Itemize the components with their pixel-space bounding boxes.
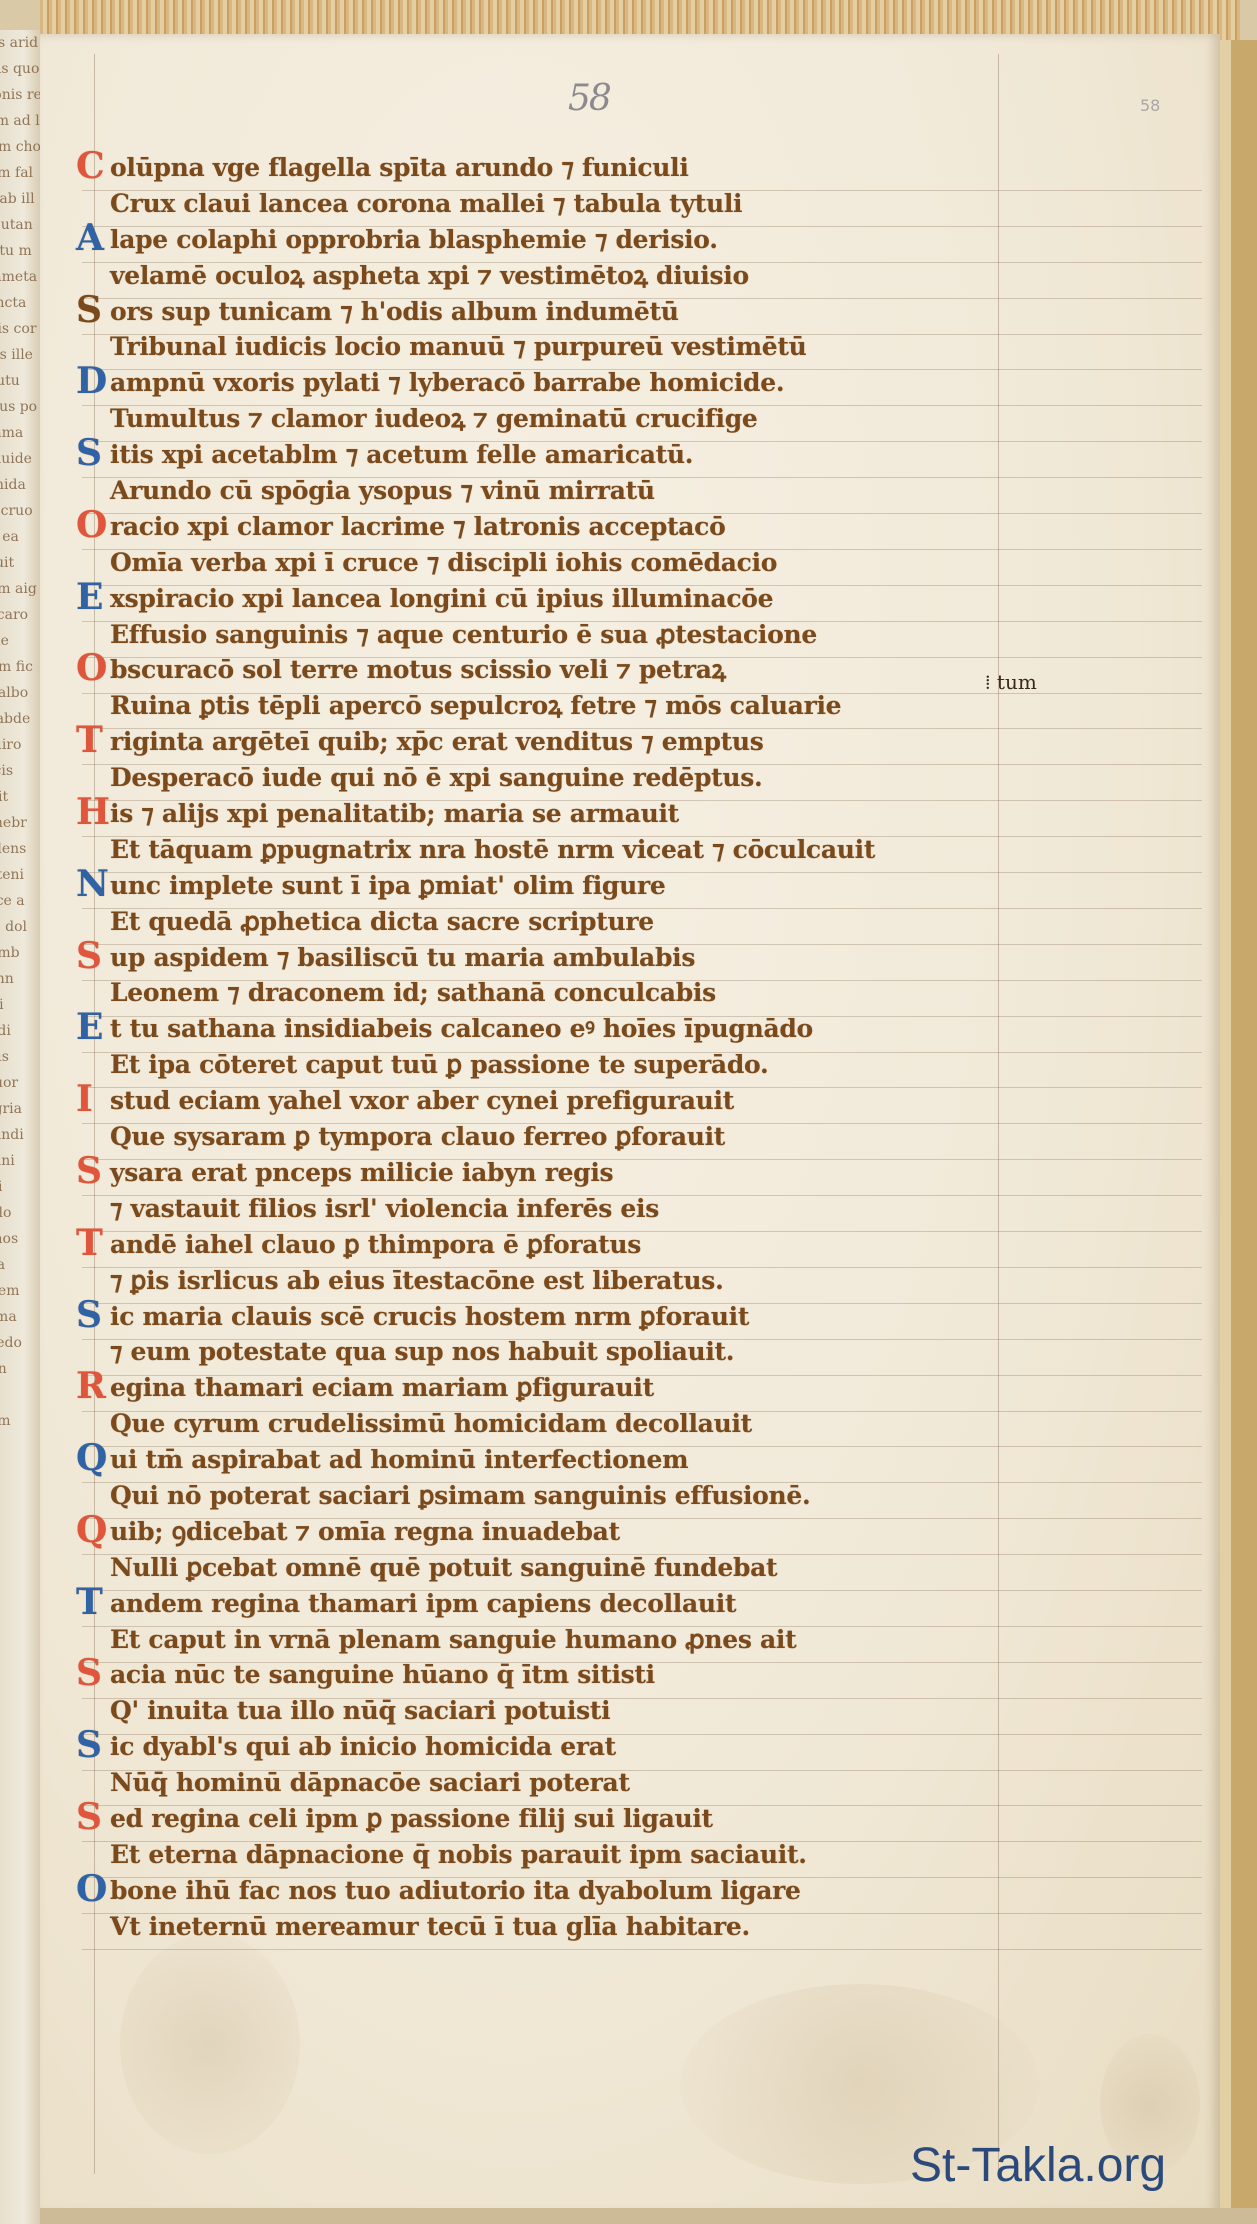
facing-page-text: ulnos bbox=[0, 1226, 40, 1252]
decorated-initial: E bbox=[76, 1009, 103, 1045]
facing-page-text: rhabde bbox=[0, 706, 40, 732]
facing-page-text: eum bbox=[0, 1408, 40, 1434]
manuscript-line: Omīa verba xpi ī cruce ⁊ discipli iohis … bbox=[110, 545, 1060, 581]
line-text: ic maria clauis scē crucis hostem nrm ꝑf… bbox=[110, 1299, 749, 1335]
line-text: andem regina thamari ipm capiens decolla… bbox=[110, 1586, 736, 1622]
manuscript-line: Et caput in vrnā plenam sanguie humano ꝓ… bbox=[110, 1622, 1060, 1658]
line-text: bscuracō sol terre motus scissio veli ⁊ … bbox=[110, 652, 726, 688]
line-text: Crux claui lancea corona mallei ⁊ tabula… bbox=[110, 186, 742, 222]
manuscript-line: Colūpna vge flagella spīta arundo ⁊ funi… bbox=[110, 150, 1060, 186]
line-text: xspiracio xpi lancea longini cū ipius il… bbox=[110, 581, 773, 617]
facing-page-text: tauor bbox=[0, 1070, 40, 1096]
line-text: Et tāquam ꝑpugnatrix nra hostē nrm vicea… bbox=[110, 832, 875, 868]
facing-page-text: amma bbox=[0, 420, 40, 446]
facing-page-text: unit bbox=[0, 784, 40, 810]
line-text: acia nūc te sanguine hūano q̄ ītm sitist… bbox=[110, 1657, 655, 1693]
facing-page-text: dui bbox=[0, 1174, 40, 1200]
decorated-initial: I bbox=[76, 1081, 93, 1117]
manuscript-line: Leonem ⁊ draconem id; sathanā conculcabi… bbox=[110, 975, 1060, 1011]
line-text: Arundo cū spōgia ysopus ⁊ vinū mirratū bbox=[110, 473, 655, 509]
manuscript-line: Desperacō iude qui nō ē xpi sanguine red… bbox=[110, 760, 1060, 796]
facing-page-text: lucis bbox=[0, 758, 40, 784]
facing-page-text: min bbox=[0, 1356, 40, 1382]
manuscript-line: Quib; ꝯdicebat ⁊ omīa regna inuadebat bbox=[110, 1514, 1060, 1550]
facing-page-text: sputu bbox=[0, 368, 40, 394]
manuscript-line: Nunc implete sunt ī ipa ꝑmiat' olim figu… bbox=[110, 868, 1060, 904]
line-text: Q' inuita tua illo nūq̄ saciari potuisti bbox=[110, 1693, 610, 1729]
ruling-line bbox=[82, 1949, 1202, 1950]
line-text: egina thamari eciam mariam ꝑfigurauit bbox=[110, 1370, 654, 1406]
decorated-initial: Q bbox=[76, 1512, 107, 1548]
marginal-note: ⁞ tum bbox=[985, 670, 1037, 695]
manuscript-line: Sed regina celi ipm ꝑ passione filij sui… bbox=[110, 1801, 1060, 1837]
manuscript-line: Tandē iahel clauo ꝑ thimpora ē ꝑforatus bbox=[110, 1227, 1060, 1263]
book-bottom-edge bbox=[40, 2208, 1257, 2224]
manuscript-line: Crux claui lancea corona mallei ⁊ tabula… bbox=[110, 186, 1060, 222]
decorated-initial: C bbox=[76, 148, 104, 184]
facing-page-edge: bus arid nos ucis quod monis re rum ad l… bbox=[0, 30, 40, 2224]
facing-page-text: rum ad lo bbox=[0, 108, 40, 134]
manuscript-line: Tumultus ⁊ clamor iudeoꝝ ⁊ geminatū cruc… bbox=[110, 401, 1060, 437]
line-text: Nūq̄ hominū dāpnacōe saciari poterat bbox=[110, 1765, 630, 1801]
facing-page-text: bilem bbox=[0, 1278, 40, 1304]
manuscript-line: Nulli ꝑcebat omnē quē potuit sanguinē fu… bbox=[110, 1550, 1060, 1586]
manuscript-line: Sysara erat pnceps milicie iabyn regis bbox=[110, 1155, 1060, 1191]
manuscript-line: Sors sup tunicam ⁊ h'odis album indumētū bbox=[110, 294, 1060, 330]
facing-page-text: rita bbox=[0, 1252, 40, 1278]
line-text: ⁊ vastauit filios isrl' violencia inferē… bbox=[110, 1191, 659, 1227]
line-text: ⁊ ꝑis isrlicus ab eius ītestacōne est li… bbox=[110, 1263, 723, 1299]
decorated-initial: S bbox=[76, 1799, 102, 1835]
facing-page-text: bus arid nos bbox=[0, 30, 40, 56]
manuscript-line: Sup aspidem ⁊ basiliscū tu maria ambulab… bbox=[110, 940, 1060, 976]
line-text: Nulli ꝑcebat omnē quē potuit sanguinē fu… bbox=[110, 1550, 777, 1586]
manuscript-line: Et tu sathana insidiabeis calcaneo eꝰ ho… bbox=[110, 1011, 1060, 1047]
facing-page-text: e falbo bbox=[0, 680, 40, 706]
decorated-initial: T bbox=[76, 1225, 103, 1261]
line-text: Ruina ꝑtis tēpli apercō sepulcroꝝ fetre … bbox=[110, 688, 841, 724]
facing-page-text: num fic bbox=[0, 654, 40, 680]
line-text: lape colaphi opprobria blasphemie ⁊ deri… bbox=[110, 222, 718, 258]
line-text: stud eciam yahel vxor aber cynei prefigu… bbox=[110, 1083, 734, 1119]
decorated-initial: S bbox=[76, 1727, 102, 1763]
decorated-initial: O bbox=[76, 1871, 107, 1907]
manuscript-line: Arundo cū spōgia ysopus ⁊ vinū mirratū bbox=[110, 473, 1060, 509]
manuscript-line: Et eterna dāpnacione q̄ nobis parauit ip… bbox=[110, 1837, 1060, 1873]
manuscript-line: Qui tm̄ aspirabat ad hominū interfection… bbox=[110, 1442, 1060, 1478]
line-text: Et eterna dāpnacione q̄ nobis parauit ip… bbox=[110, 1837, 807, 1873]
manuscript-line: Nūq̄ hominū dāpnacōe saciari poterat bbox=[110, 1765, 1060, 1801]
line-text: Et caput in vrnā plenam sanguie humano ꝓ… bbox=[110, 1622, 796, 1658]
facing-page-text: eti bbox=[0, 1382, 40, 1408]
facing-page-text: olandi bbox=[0, 1122, 40, 1148]
facing-page-text: nem fal bbox=[0, 160, 40, 186]
manuscript-line: His ⁊ alijs xpi penalitatib; maria se ar… bbox=[110, 796, 1060, 832]
line-text: ui tm̄ aspirabat ad hominū interfectione… bbox=[110, 1442, 688, 1478]
manuscript-line: Alape colaphi opprobria blasphemie ⁊ der… bbox=[110, 222, 1060, 258]
facing-page-text: oris ille bbox=[0, 342, 40, 368]
line-text: Que sysaram ꝑ tympora clauo ferreo ꝑfora… bbox=[110, 1119, 725, 1155]
decorated-initial: S bbox=[76, 292, 102, 328]
manuscript-line: Exspiracio xpi lancea longini cū ipius i… bbox=[110, 581, 1060, 617]
line-text: ampnū vxoris pylati ⁊ lyberacō barrabe h… bbox=[110, 365, 784, 401]
insertion-mark: ⁞ bbox=[985, 670, 997, 694]
line-text: olūpna vge flagella spīta arundo ⁊ funic… bbox=[110, 150, 689, 186]
facing-page-text: dolens bbox=[0, 836, 40, 862]
manuscript-line: Vt ineternū mereamur tecū ī tua glīa hab… bbox=[110, 1909, 1060, 1945]
manuscript-line: Obone ihū fac nos tuo adiutorio ita dyab… bbox=[110, 1873, 1060, 1909]
facing-page-text: monis re bbox=[0, 82, 40, 108]
facing-page-text: re ab ill bbox=[0, 186, 40, 212]
manuscript-line: Tandem regina thamari ipm capiens decoll… bbox=[110, 1586, 1060, 1622]
folio-number: 58 bbox=[568, 78, 610, 119]
line-text: ⁊ eum potestate qua sup nos habuit spoli… bbox=[110, 1334, 734, 1370]
manuscript-line: Effusio sanguinis ⁊ aque centurio ē sua … bbox=[110, 617, 1060, 653]
line-text: velamē oculoꝝ aspheta xpi ⁊ vestimētoꝝ d… bbox=[110, 258, 749, 294]
facing-page-text: eum aig bbox=[0, 576, 40, 602]
line-text: Qui nō poterat saciari ꝑsimam sanguinis … bbox=[110, 1478, 810, 1514]
marginal-note-text: tum bbox=[997, 670, 1037, 694]
manuscript-line: Que cyrum crudelissimū homicidam decolla… bbox=[110, 1406, 1060, 1442]
line-text: ors sup tunicam ⁊ h'odis album indumētū bbox=[110, 294, 679, 330]
line-text: Et ipa cōteret caput tuū ꝑ passione te s… bbox=[110, 1047, 768, 1083]
line-text: Leonem ⁊ draconem id; sathanā conculcabi… bbox=[110, 975, 716, 1011]
line-text: Omīa verba xpi ī cruce ⁊ discipli iohis … bbox=[110, 545, 777, 581]
watermark: St-Takla.org bbox=[910, 2138, 1166, 2193]
parchment-stain bbox=[120, 1934, 300, 2154]
facing-page-text: eius bbox=[0, 1044, 40, 1070]
decorated-initial: Q bbox=[76, 1440, 107, 1476]
facing-page-text: inti bbox=[0, 992, 40, 1018]
manuscript-line: velamē oculoꝝ aspheta xpi ⁊ vestimētoꝝ d… bbox=[110, 258, 1060, 294]
manuscript-line: Istud eciam yahel vxor aber cynei prefig… bbox=[110, 1083, 1060, 1119]
facing-page-text: audi bbox=[0, 1018, 40, 1044]
line-text: riginta argēteī quib; xp̄c erat venditus… bbox=[110, 724, 764, 760]
line-text: bone ihū fac nos tuo adiutorio ita dyabo… bbox=[110, 1873, 801, 1909]
line-text: Tumultus ⁊ clamor iudeoꝝ ⁊ geminatū cruc… bbox=[110, 401, 758, 437]
manuscript-line: ⁊ ꝑis isrlicus ab eius ītestacōne est li… bbox=[110, 1263, 1060, 1299]
facing-page-text: rahida bbox=[0, 472, 40, 498]
line-text: Tribunal iudicis locio manuū ⁊ purpureū … bbox=[110, 329, 807, 365]
line-text: up aspidem ⁊ basiliscū tu maria ambulabi… bbox=[110, 940, 695, 976]
manuscript-line: Sitis xpi acetablm ⁊ acetum felle amaric… bbox=[110, 437, 1060, 473]
line-text: Et quedā ꝓphetica dicta sacre scripture bbox=[110, 904, 654, 940]
line-text: is ⁊ alijs xpi penalitatib; maria se arm… bbox=[110, 796, 679, 832]
decorated-initial: S bbox=[76, 1153, 102, 1189]
line-text: itis xpi acetablm ⁊ acetum felle amarica… bbox=[110, 437, 693, 473]
facing-page-text: runn bbox=[0, 966, 40, 992]
facing-page-text: dum cho bbox=[0, 134, 40, 160]
decorated-initial: O bbox=[76, 650, 107, 686]
line-text: uib; ꝯdicebat ⁊ omīa regna inuadebat bbox=[110, 1514, 620, 1550]
facing-page-text: re tu m bbox=[0, 238, 40, 264]
facing-page-text: tr caro bbox=[0, 602, 40, 628]
line-text: racio xpi clamor lacrime ⁊ latronis acce… bbox=[110, 509, 725, 545]
decorated-initial: N bbox=[76, 866, 109, 902]
line-text: t tu sathana insidiabeis calcaneo eꝰ hoī… bbox=[110, 1011, 813, 1047]
decorated-initial: A bbox=[76, 220, 104, 256]
manuscript-line: ⁊ eum potestate qua sup nos habuit spoli… bbox=[110, 1334, 1060, 1370]
decorated-initial: R bbox=[76, 1368, 106, 1404]
facing-page-text: tibus po bbox=[0, 394, 40, 420]
decorated-initial: S bbox=[76, 1297, 102, 1333]
manuscript-line: Tribunal iudicis locio manuū ⁊ purpureū … bbox=[110, 329, 1060, 365]
line-text: Desperacō iude qui nō ē xpi sanguine red… bbox=[110, 760, 762, 796]
decorated-initial: E bbox=[76, 579, 103, 615]
line-text: Effusio sanguinis ⁊ aque centurio ē sua … bbox=[110, 617, 817, 653]
facing-page-text: o auide bbox=[0, 446, 40, 472]
decorated-initial: D bbox=[76, 363, 107, 399]
manuscript-text-block: Colūpna vge flagella spīta arundo ⁊ funi… bbox=[110, 150, 1060, 1945]
manuscript-line: Et tāquam ꝑpugnatrix nra hostē nrm vicea… bbox=[110, 832, 1060, 868]
manuscript-line: Regina thamari eciam mariam ꝑfigurauit bbox=[110, 1370, 1060, 1406]
manuscript-line: Q' inuita tua illo nūq̄ saciari potuisti bbox=[110, 1693, 1060, 1729]
facing-page-text: ruce a bbox=[0, 888, 40, 914]
facing-page-text: ucis quod bbox=[0, 56, 40, 82]
manuscript-line: Sic dyabl's qui ab inicio homicida erat bbox=[110, 1729, 1060, 1765]
facing-page-text: a uiro bbox=[0, 732, 40, 758]
line-text: unc implete sunt ī ipa ꝑmiat' olim figur… bbox=[110, 868, 665, 904]
facing-page-text: tiolo bbox=[0, 1200, 40, 1226]
line-text: Vt ineternū mereamur tecū ī tua glīa hab… bbox=[110, 1909, 750, 1945]
manuscript-line: Oracio xpi clamor lacrime ⁊ latronis acc… bbox=[110, 509, 1060, 545]
decorated-initial: S bbox=[76, 435, 102, 471]
decorated-initial: T bbox=[76, 1584, 103, 1620]
line-text: Que cyrum crudelissimū homicidam decolla… bbox=[110, 1406, 752, 1442]
manuscript-line: Dampnū vxoris pylati ⁊ lyberacō barrabe … bbox=[110, 365, 1060, 401]
facing-page-text: us cruo bbox=[0, 498, 40, 524]
decorated-initial: O bbox=[76, 507, 107, 543]
decorated-initial: S bbox=[76, 1655, 102, 1691]
facing-page-text: aeteni bbox=[0, 862, 40, 888]
facing-page-text: im ea bbox=[0, 524, 40, 550]
decorated-initial: T bbox=[76, 722, 103, 758]
folio-number-pencil: 58 bbox=[1140, 96, 1160, 115]
facing-page-text: hamb bbox=[0, 940, 40, 966]
facing-page-text: usedo bbox=[0, 1330, 40, 1356]
manuscript-line: Que sysaram ꝑ tympora clauo ferreo ꝑfora… bbox=[110, 1119, 1060, 1155]
facing-page-text: ius dol bbox=[0, 914, 40, 940]
line-text: andē iahel clauo ꝑ thimpora ē ꝑforatus bbox=[110, 1227, 641, 1263]
manuscript-line: Triginta argēteī quib; xp̄c erat venditu… bbox=[110, 724, 1060, 760]
facing-page-text: ammeta bbox=[0, 264, 40, 290]
manuscript-line: Obscuracō sol terre motus scissio veli ⁊… bbox=[110, 652, 1060, 688]
facing-page-text: rauit bbox=[0, 550, 40, 576]
line-text: ic dyabl's qui ab inicio homicida erat bbox=[110, 1729, 616, 1765]
manuscript-line: Sic maria clauis scē crucis hostem nrm ꝑ… bbox=[110, 1299, 1060, 1335]
facing-page-text: sancta bbox=[0, 290, 40, 316]
decorated-initial: H bbox=[76, 794, 110, 830]
facing-page-text: ingria bbox=[0, 1096, 40, 1122]
manuscript-line: Qui nō poterat saciari ꝑsimam sanguinis … bbox=[110, 1478, 1060, 1514]
facing-page-text: arma bbox=[0, 1304, 40, 1330]
decorated-initial: S bbox=[76, 938, 102, 974]
manuscript-line: Sacia nūc te sanguine hūano q̄ ītm sitis… bbox=[110, 1657, 1060, 1693]
facing-page-text: o cutan bbox=[0, 212, 40, 238]
line-text: ed regina celi ipm ꝑ passione filij sui … bbox=[110, 1801, 713, 1837]
manuscript-line: Et ipa cōteret caput tuū ꝑ passione te s… bbox=[110, 1047, 1060, 1083]
facing-page-text: o ani bbox=[0, 1148, 40, 1174]
facing-page-text: tenebr bbox=[0, 810, 40, 836]
line-text: ysara erat pnceps milicie iabyn regis bbox=[110, 1155, 613, 1191]
manuscript-line: Et quedā ꝓphetica dicta sacre scripture bbox=[110, 904, 1060, 940]
manuscript-line: ⁊ vastauit filios isrl' violencia inferē… bbox=[110, 1191, 1060, 1227]
facing-page-text: isne bbox=[0, 628, 40, 654]
manuscript-line: Ruina ꝑtis tēpli apercō sepulcroꝝ fetre … bbox=[110, 688, 1060, 724]
facing-page-text: ouis cor bbox=[0, 316, 40, 342]
